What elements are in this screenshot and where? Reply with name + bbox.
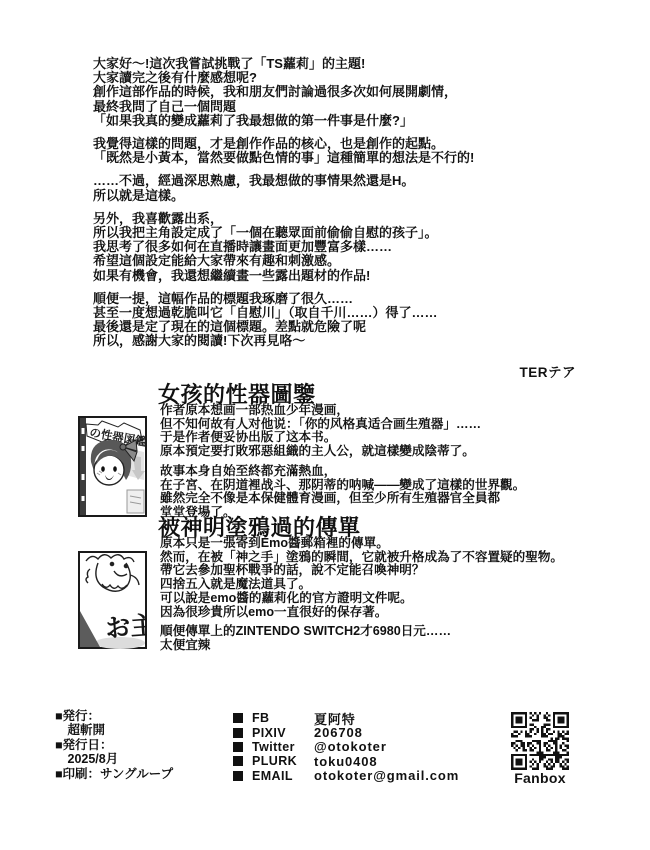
bullet-square-icon	[233, 771, 243, 781]
publication-info: ■発行： 超斬開 ■発行日： 2025/8月 ■印刷：サングループ	[55, 709, 173, 781]
contact-label: PLURK	[252, 754, 314, 768]
contact-row-pixiv: PIXIV 206708	[233, 725, 459, 739]
afterword-paragraph: ……不過，經過深思熟慮，我最想做的事情果然還是H。 所以就是這樣。	[93, 174, 575, 202]
flyer-thumbnail: お主	[78, 551, 147, 649]
section-paragraph: 原本只是一張寄到Emo醬郵箱裡的傳單。 然而，在被「神之手」塗鴉的瞬間，它就被升…	[160, 537, 628, 619]
contact-row-twitter: Twitter @otokoter	[233, 740, 459, 754]
section-body-genital-guide: 作者原本想画一部热血少年漫画， 但不知何故有人对他说：「你的风格真适合画生殖器」…	[160, 404, 628, 520]
contact-row-plurk: PLURK toku0408	[233, 754, 459, 768]
section-paragraph: 作者原本想画一部热血少年漫画， 但不知何故有人对他说：「你的风格真适合画生殖器」…	[160, 404, 628, 459]
contact-label: EMAIL	[252, 769, 314, 783]
bullet-square-icon	[233, 742, 243, 752]
contact-value: toku0408	[314, 754, 378, 769]
section-paragraph: 順便傳單上的ZINTENDO SWITCH2才6980日元…… 太便宜辣	[160, 625, 628, 652]
bullet-square-icon	[233, 728, 243, 738]
book-cover-thumbnail: の性器図鑑	[78, 416, 147, 517]
contact-row-email: EMAIL otokoter@gmail.com	[233, 769, 459, 783]
afterword-text: 大家好～!這次我嘗試挑戰了「TS蘿莉」的主題! 大家讀完之後有什麼感想呢? 創作…	[93, 57, 575, 349]
section-body-scribbled-flyer: 原本只是一張寄到Emo醬郵箱裡的傳單。 然而，在被「神之手」塗鴉的瞬間，它就被升…	[160, 537, 628, 653]
qr-caption: Fanbox	[503, 770, 577, 786]
contact-row-fb: FB 夏阿特	[233, 711, 459, 725]
bullet-square-icon	[233, 756, 243, 766]
contact-list: FB 夏阿特 PIXIV 206708 Twitter @otokoter PL…	[233, 711, 459, 783]
contact-value: 206708	[314, 725, 363, 740]
flyer-handwriting-text: お主	[104, 612, 147, 643]
contact-label: PIXIV	[252, 726, 314, 740]
afterword-paragraph: 順便一提，這幅作品的標題我琢磨了很久…… 甚至一度想過乾脆叫它「自慰川」（取自千…	[93, 292, 575, 349]
afterword-page: 大家好～!這次我嘗試挑戰了「TS蘿莉」的主題! 大家讀完之後有什麼感想呢? 創作…	[0, 0, 650, 850]
afterword-paragraph: 另外，我喜歡露出系， 所以我把主角設定成了「一個在聽眾面前偷偷自慰的孩子」。 我…	[93, 212, 575, 283]
bullet-square-icon	[233, 713, 243, 723]
contact-label: Twitter	[252, 740, 314, 754]
contact-value: @otokoter	[314, 739, 387, 754]
afterword-paragraph: 我覺得這樣的問題，才是創作作品的核心，也是創作的起點。 「既然是小黃本，當然要做…	[93, 137, 575, 165]
contact-label: FB	[252, 711, 314, 725]
afterword-paragraph: 大家好～!這次我嘗試挑戰了「TS蘿莉」的主題! 大家讀完之後有什麼感想呢? 創作…	[93, 57, 575, 128]
contact-value: otokoter@gmail.com	[314, 768, 459, 783]
fanbox-qr-code	[511, 712, 569, 770]
